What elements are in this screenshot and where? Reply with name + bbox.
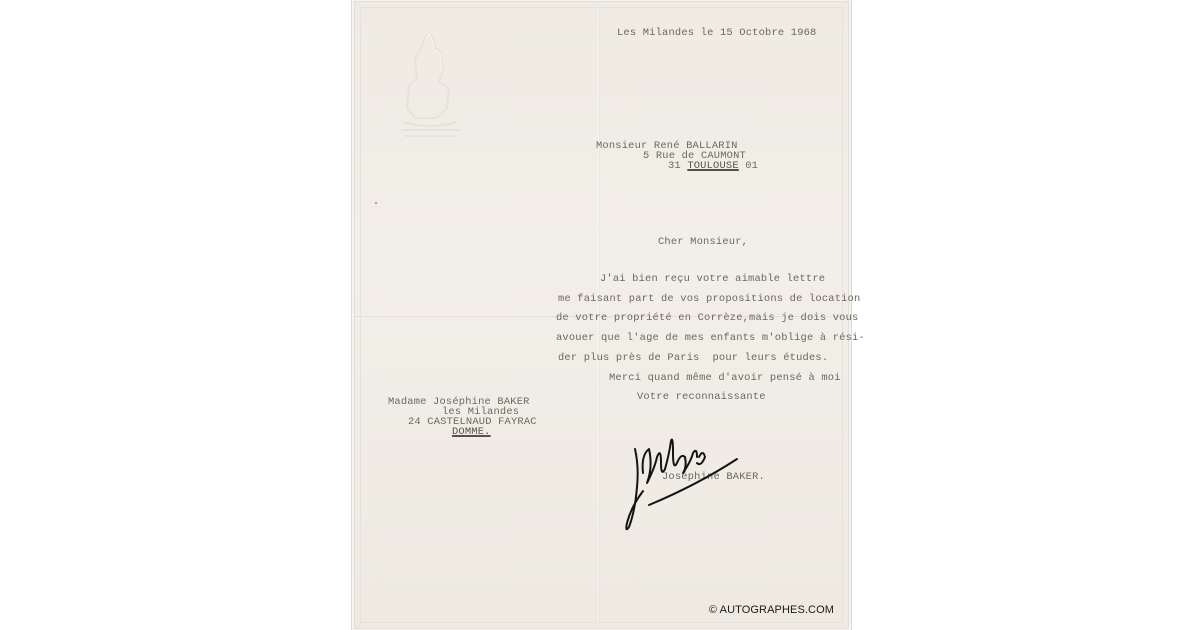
body-line-6: Merci quand même d'avoir pensé à moi	[609, 373, 841, 383]
copyright-watermark: © AUTOGRAPHES.COM	[709, 604, 834, 616]
body-line-3: de votre propriété en Corrèze,mais je do…	[556, 313, 858, 323]
salutation: Cher Monsieur,	[658, 237, 748, 247]
body-line-5: der plus près de Paris pour leurs études…	[558, 353, 828, 363]
closing: Votre reconnaissante	[637, 392, 766, 402]
body-line-4: avouer que l'age de mes enfants m'oblige…	[556, 333, 865, 343]
handwritten-signature	[617, 427, 747, 537]
recipient-postcode: 31	[668, 160, 687, 172]
place-and-date: Les Milandes le 15 Octobre 1968	[617, 28, 817, 38]
recipient-city-line: 31 TOULOUSE 01	[668, 161, 758, 171]
body-line-2: me faisant part de vos propositions de l…	[558, 294, 860, 304]
paper-speck	[375, 202, 377, 204]
body-line-1: J'ai bien reçu votre aimable lettre	[600, 274, 825, 284]
sender-town: DOMME.	[452, 427, 491, 437]
recipient-city: TOULOUSE	[687, 160, 738, 172]
embossed-castle-crest-icon	[395, 30, 465, 140]
letter-paper: Les Milandes le 15 Octobre 1968 Monsieur…	[355, 2, 848, 628]
recipient-cedex: 01	[739, 160, 758, 172]
